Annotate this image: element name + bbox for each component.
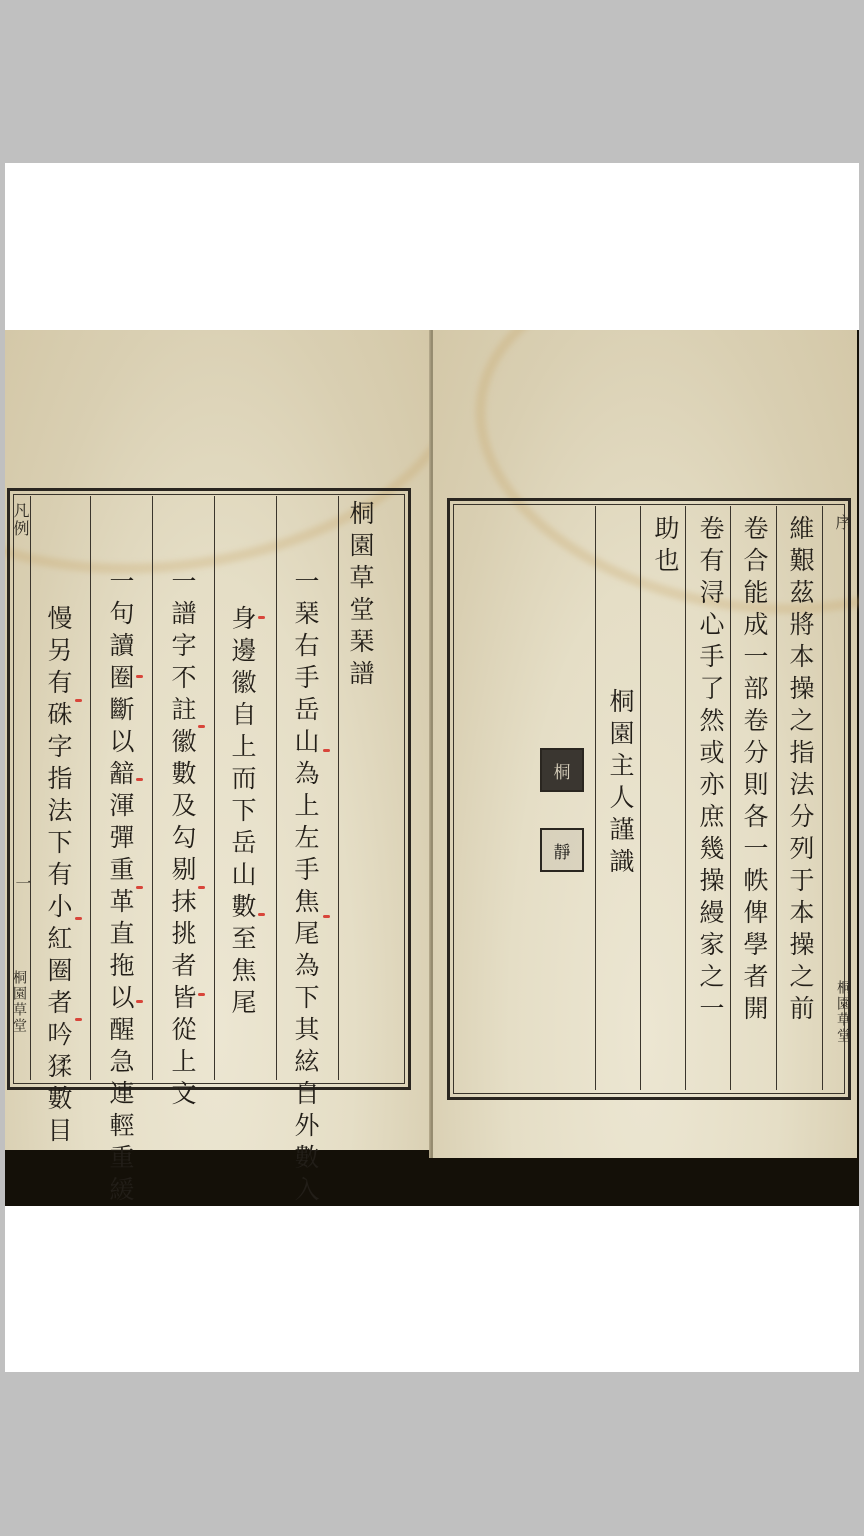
text-column: 一句讀圈斷以韽渾彈重革直拖以醒急連輕重緩 bbox=[105, 568, 135, 1206]
red-punctuation-mark bbox=[198, 725, 205, 728]
text-column: 一琹右手岳山為上左手焦尾為下其絃自外數入 bbox=[290, 568, 320, 1206]
left-page: 凡例 桐園草堂 一 桐園草堂琹譜 一琹右手岳山為上左手焦尾為下其絃自外數入 身邊… bbox=[5, 330, 431, 1150]
red-punctuation-mark bbox=[258, 913, 265, 916]
red-punctuation-mark bbox=[323, 915, 330, 918]
red-punctuation-mark bbox=[136, 675, 143, 678]
red-punctuation-mark bbox=[75, 699, 82, 702]
edge-margin-title: 序 bbox=[831, 514, 854, 532]
column-rule bbox=[152, 496, 153, 1080]
red-punctuation-mark bbox=[258, 616, 265, 619]
text-column: 身邊徽自上而下岳山數至焦尾 bbox=[227, 605, 257, 1021]
signature-column: 桐園主人謹識 bbox=[605, 688, 635, 880]
column-rule bbox=[214, 496, 215, 1080]
column-rule bbox=[30, 496, 31, 1080]
column-rule bbox=[338, 496, 339, 1080]
red-punctuation-mark bbox=[75, 917, 82, 920]
red-punctuation-mark bbox=[198, 993, 205, 996]
column-rule bbox=[640, 506, 641, 1090]
column-rule bbox=[822, 506, 823, 1090]
text-column: 一譜字不註徽數及勾剔抹挑者皆從上文 bbox=[167, 568, 197, 1112]
preface-column: 助也 bbox=[650, 515, 680, 579]
column-rule bbox=[90, 496, 91, 1080]
edge-margin-title: 凡例 bbox=[9, 502, 32, 538]
right-page: 序 桐園草堂 維艱茲將本操之指法分列于本操之前 卷合能成一部卷分則各一帙俾學者開… bbox=[433, 330, 857, 1158]
red-punctuation-mark bbox=[323, 749, 330, 752]
edge-margin-book-name: 桐園草堂 bbox=[9, 970, 29, 1034]
red-punctuation-mark bbox=[198, 886, 205, 889]
red-punctuation-mark bbox=[136, 886, 143, 889]
preface-column: 卷合能成一部卷分則各一帙俾學者開 bbox=[739, 515, 769, 1027]
seal-stamp: 桐 bbox=[540, 748, 584, 792]
column-rule bbox=[276, 496, 277, 1080]
text-column: 慢另有硃字指法下有小紅圈者吟猱數目 bbox=[43, 605, 73, 1149]
column-rule bbox=[776, 506, 777, 1090]
edge-margin-book-name: 桐園草堂 bbox=[833, 980, 853, 1044]
preface-column: 卷有浔心手了然或亦庶幾操縵家之一 bbox=[695, 515, 725, 1027]
folio-number: 一 bbox=[11, 875, 34, 893]
red-punctuation-mark bbox=[136, 778, 143, 781]
preface-column: 維艱茲將本操之指法分列于本操之前 bbox=[785, 515, 815, 1027]
red-punctuation-mark bbox=[75, 1018, 82, 1021]
seal-stamp: 靜 bbox=[540, 828, 584, 872]
column-rule bbox=[730, 506, 731, 1090]
red-punctuation-mark bbox=[136, 1000, 143, 1003]
book-title-column: 桐園草堂琹譜 bbox=[345, 500, 375, 692]
column-rule bbox=[685, 506, 686, 1090]
book-scan: 凡例 桐園草堂 一 桐園草堂琹譜 一琹右手岳山為上左手焦尾為下其絃自外數入 身邊… bbox=[5, 330, 859, 1206]
column-rule bbox=[595, 506, 596, 1090]
